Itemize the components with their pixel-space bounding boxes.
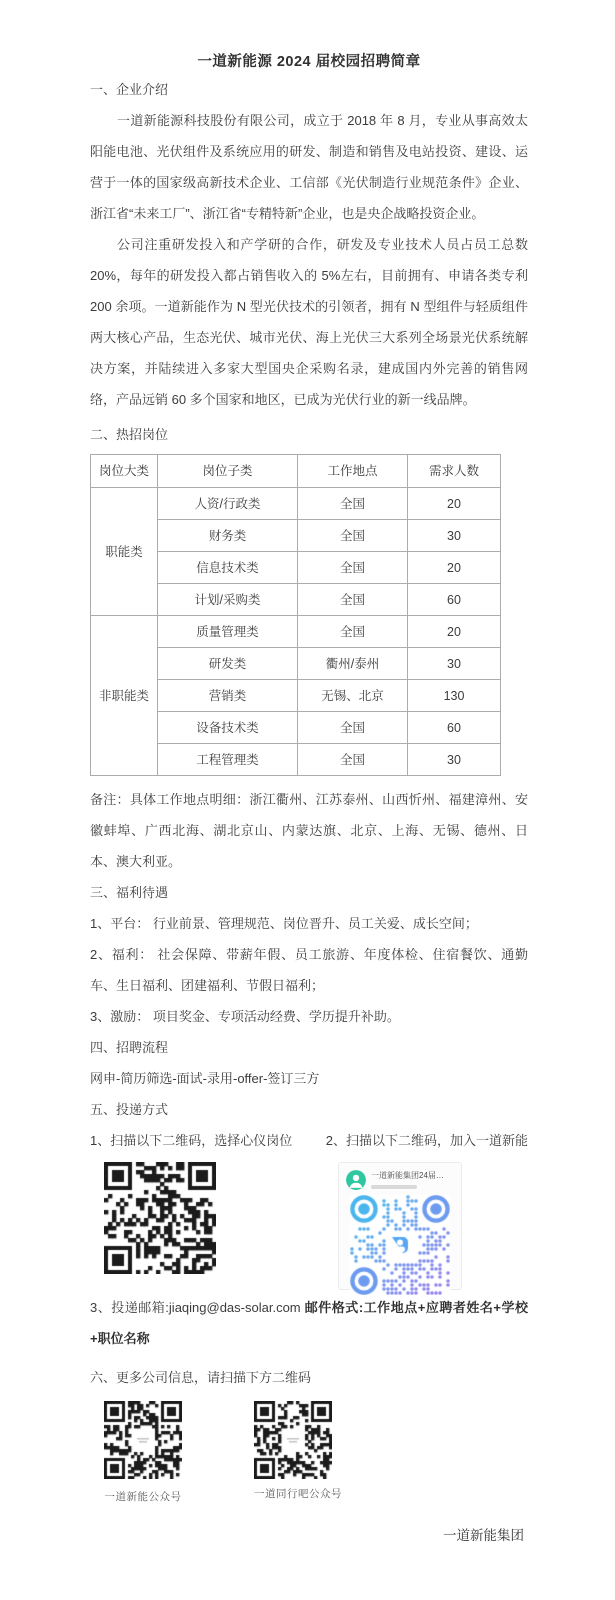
table-cell: 60 — [408, 712, 501, 744]
job-apply-qr-code — [104, 1162, 216, 1274]
table-cell: 计划/采购类 — [158, 584, 298, 616]
apply-step-1-label: 1、扫描以下二维码，选择心仪岗位 — [90, 1125, 292, 1156]
section-heading-jobs: 二、热招岗位 — [90, 419, 528, 450]
table-cell: 20 — [408, 616, 501, 648]
table-cell: 全国 — [298, 712, 408, 744]
section-heading-welfare: 三、福利待遇 — [90, 877, 528, 908]
welfare-item-incentive: 3、激励： 项目奖金、专项活动经费、学历提升补助。 — [90, 1001, 528, 1032]
welfare-item-platform: 1、平台： 行业前景、管理规范、岗位晋升、员工关爱、成长空间； — [90, 908, 528, 939]
group-avatar — [346, 1170, 366, 1190]
qr-caption-das-account: 一道新能公众号 — [104, 1489, 182, 1504]
table-cell: 全国 — [298, 744, 408, 776]
table-cell: 全国 — [298, 552, 408, 584]
process-flow: 网申-简历筛选-面试-录用-offer-签订三方 — [90, 1063, 528, 1094]
email-line: 3、投递邮箱:jiaqing@das-solar.com 邮件格式:工作地点+应… — [90, 1292, 528, 1354]
category-cell: 非职能类 — [91, 616, 158, 776]
table-cell: 20 — [408, 552, 501, 584]
table-row: 非职能类 质量管理类 全国 20 — [91, 616, 501, 648]
column-header-headcount: 需求人数 — [408, 455, 501, 488]
table-cell: 营销类 — [158, 680, 298, 712]
welfare-item-benefits: 2、福利： 社会保障、带薪年假、员工旅游、年度体检、住宿餐饮、通勤车、生日福利、… — [90, 939, 528, 1001]
table-cell: 研发类 — [158, 648, 298, 680]
intro-paragraph-1: 一道新能源科技股份有限公司，成立于 2018 年 8 月，专业从事高效太阳能电池… — [90, 105, 528, 229]
column-header-subcategory: 岗位子类 — [158, 455, 298, 488]
qr-figure-das-account: 一道新能公众号 — [104, 1401, 182, 1504]
category-cell: 职能类 — [91, 488, 158, 616]
das-official-account-qr-code — [104, 1401, 182, 1479]
table-cell: 20 — [408, 488, 501, 520]
table-cell: 设备技术类 — [158, 712, 298, 744]
section-heading-process: 四、招聘流程 — [90, 1032, 528, 1063]
table-cell: 全国 — [298, 616, 408, 648]
person-icon — [346, 1170, 366, 1190]
page-title: 一道新能源 2024 届校园招聘简章 — [90, 50, 528, 74]
wechat-group-qr-code — [350, 1195, 450, 1295]
email-address-text: 3、投递邮箱:jiaqing@das-solar.com — [90, 1300, 305, 1315]
peer-official-account-qr-code — [254, 1401, 332, 1479]
table-cell: 工程管理类 — [158, 744, 298, 776]
group-meta: 一道新能集团24届… — [371, 1171, 444, 1189]
table-cell: 全国 — [298, 488, 408, 520]
table-cell: 130 — [408, 680, 501, 712]
table-cell: 信息技术类 — [158, 552, 298, 584]
footer-company-name: 一道新能集团 — [90, 1520, 524, 1551]
jobs-note: 备注：具体工作地点明细：浙江衢州、江苏泰州、山西忻州、福建漳州、安徽蚌埠、广西北… — [90, 784, 528, 877]
recruitment-document: 一道新能源 2024 届校园招聘简章 一、企业介绍 一道新能源科技股份有限公司，… — [0, 0, 615, 1600]
table-cell: 30 — [408, 744, 501, 776]
table-cell: 人资/行政类 — [158, 488, 298, 520]
wechat-group-header: 一道新能集团24届… — [346, 1170, 454, 1190]
apply-steps-line: 1、扫描以下二维码，选择心仪岗位 2、扫描以下二维码，加入一道新能 — [90, 1125, 528, 1156]
section-heading-more: 六、更多公司信息，请扫描下方二维码 — [90, 1362, 528, 1393]
table-cell: 30 — [408, 520, 501, 552]
table-cell: 60 — [408, 584, 501, 616]
official-accounts-qr-row: 一道新能公众号 一道同行吧公众号 — [104, 1401, 528, 1504]
intro-paragraph-2: 公司注重研发投入和产学研的合作，研发及专业技术人员占员工总数 20%，每年的研发… — [90, 229, 528, 415]
table-cell: 全国 — [298, 520, 408, 552]
column-header-location: 工作地点 — [298, 455, 408, 488]
section-heading-intro: 一、企业介绍 — [90, 74, 528, 105]
table-header-row: 岗位大类 岗位子类 工作地点 需求人数 — [91, 455, 501, 488]
apply-qr-row: 一道新能集团24届… — [90, 1162, 528, 1290]
qr-caption-peer-account: 一道同行吧公众号 — [254, 1486, 342, 1501]
table-cell: 全国 — [298, 584, 408, 616]
section-heading-apply: 五、投递方式 — [90, 1094, 528, 1125]
table-cell: 财务类 — [158, 520, 298, 552]
table-row: 职能类 人资/行政类 全国 20 — [91, 488, 501, 520]
table-cell: 无锡、北京 — [298, 680, 408, 712]
table-cell: 质量管理类 — [158, 616, 298, 648]
apply-step-2-label: 2、扫描以下二维码，加入一道新能 — [326, 1125, 528, 1156]
wechat-group-card: 一道新能集团24届… — [338, 1162, 462, 1290]
column-header-category: 岗位大类 — [91, 455, 158, 488]
jobs-table: 岗位大类 岗位子类 工作地点 需求人数 职能类 人资/行政类 全国 20 财务类… — [90, 454, 501, 776]
qr-figure-peer-account: 一道同行吧公众号 — [254, 1401, 342, 1501]
group-name: 一道新能集团24届… — [371, 1171, 444, 1181]
group-subtitle-bar — [371, 1185, 417, 1189]
table-cell: 30 — [408, 648, 501, 680]
table-cell: 衢州/泰州 — [298, 648, 408, 680]
